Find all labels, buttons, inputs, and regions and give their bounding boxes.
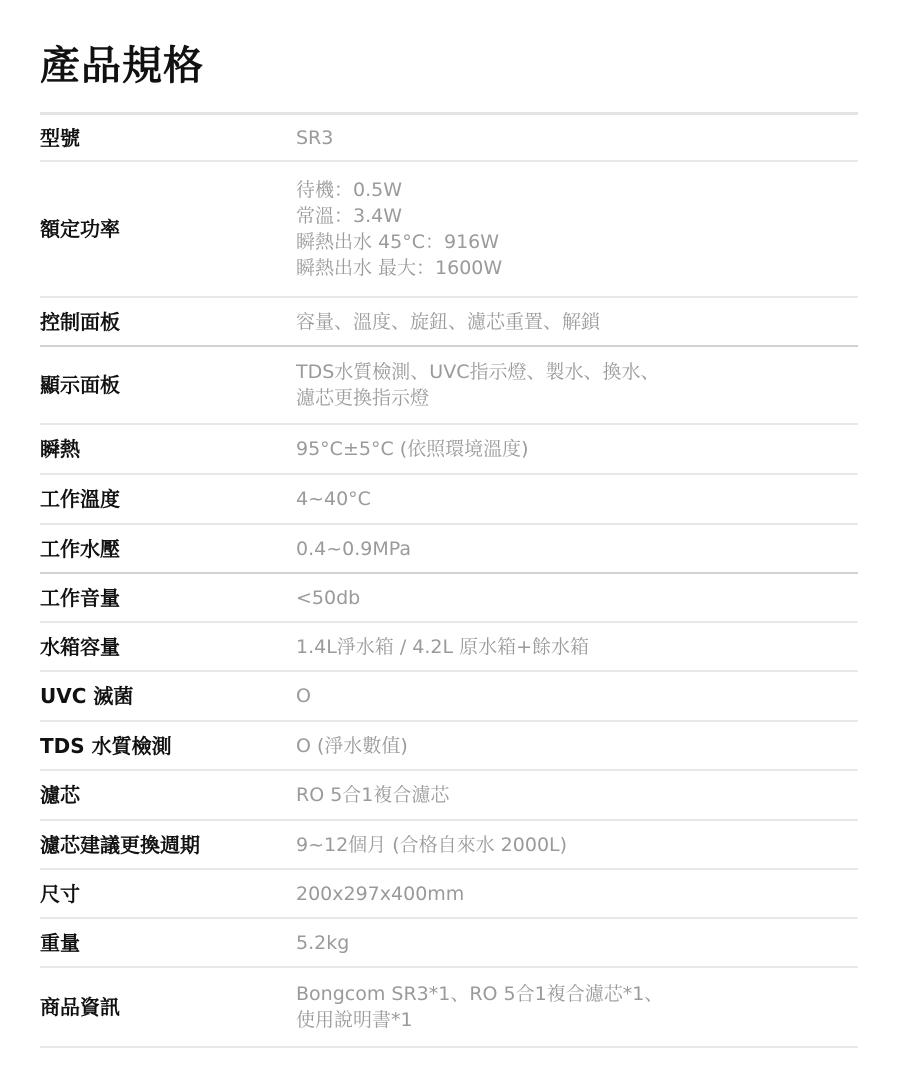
spec-value-line: 瞬熱出水 最大：1600W <box>296 255 858 281</box>
spec-value-line: Bongcom SR3*1、RO 5合1複合濾芯*1、 <box>296 981 858 1007</box>
spec-row: 額定功率待機：0.5W常溫：3.4W瞬熱出水 45°C：916W瞬熱出水 最大：… <box>40 162 858 298</box>
spec-row: 工作音量<50db <box>40 574 858 623</box>
spec-value: 1.4L淨水箱 / 4.2L 原水箱+餘水箱 <box>296 634 858 660</box>
page-title: 產品規格 <box>40 42 204 90</box>
spec-value: 95°C±5°C (依照環境溫度) <box>296 436 858 462</box>
spec-label: 重量 <box>40 930 296 956</box>
spec-value-line: O (淨水數值) <box>296 733 858 759</box>
spec-value-line: 容量、溫度、旋鈕、濾芯重置、解鎖 <box>296 309 858 335</box>
spec-value: 9~12個月 (合格自來水 2000L) <box>296 832 858 858</box>
spec-value: 5.2kg <box>296 930 858 956</box>
spec-value: Bongcom SR3*1、RO 5合1複合濾芯*1、使用說明書*1 <box>296 981 858 1033</box>
spec-value-line: 5.2kg <box>296 930 858 956</box>
spec-value-line: 待機：0.5W <box>296 177 858 203</box>
spec-value: 待機：0.5W常溫：3.4W瞬熱出水 45°C：916W瞬熱出水 最大：1600… <box>296 177 858 281</box>
spec-value-line: 0.4~0.9MPa <box>296 536 858 562</box>
spec-value-line: 9~12個月 (合格自來水 2000L) <box>296 832 858 858</box>
spec-value-line: 濾芯更換指示燈 <box>296 385 858 411</box>
spec-value: SR3 <box>296 125 858 151</box>
spec-row: 瞬熱95°C±5°C (依照環境溫度) <box>40 425 858 475</box>
spec-value: <50db <box>296 585 858 611</box>
spec-label: 型號 <box>40 125 296 151</box>
spec-value: 4~40°C <box>296 486 858 512</box>
spec-value: O <box>296 683 858 709</box>
spec-value: 200x297x400mm <box>296 881 858 907</box>
spec-label: UVC 滅菌 <box>40 683 296 709</box>
spec-value-line: <50db <box>296 585 858 611</box>
spec-label: 工作音量 <box>40 585 296 611</box>
spec-label: 尺寸 <box>40 881 296 907</box>
spec-value: O (淨水數值) <box>296 733 858 759</box>
spec-label: 工作水壓 <box>40 536 296 562</box>
spec-value: RO 5合1複合濾芯 <box>296 782 858 808</box>
spec-value-line: 使用說明書*1 <box>296 1007 858 1033</box>
spec-value: 容量、溫度、旋鈕、濾芯重置、解鎖 <box>296 309 858 335</box>
spec-label: 控制面板 <box>40 309 296 335</box>
spec-value: TDS水質檢測、UVC指示燈、製水、換水、濾芯更換指示燈 <box>296 359 858 411</box>
spec-value-line: 200x297x400mm <box>296 881 858 907</box>
spec-row: 商品資訊Bongcom SR3*1、RO 5合1複合濾芯*1、使用說明書*1 <box>40 968 858 1048</box>
spec-label: 濾芯建議更換週期 <box>40 832 296 858</box>
spec-value-line: 瞬熱出水 45°C：916W <box>296 229 858 255</box>
spec-value-line: 常溫：3.4W <box>296 203 858 229</box>
spec-label: 商品資訊 <box>40 994 296 1020</box>
spec-value-line: 95°C±5°C (依照環境溫度) <box>296 436 858 462</box>
spec-label: TDS 水質檢測 <box>40 733 296 759</box>
spec-row: 工作水壓0.4~0.9MPa <box>40 525 858 574</box>
spec-row: 濾芯RO 5合1複合濾芯 <box>40 771 858 821</box>
spec-label: 顯示面板 <box>40 372 296 398</box>
spec-value-line: 4~40°C <box>296 486 858 512</box>
spec-label: 濾芯 <box>40 782 296 808</box>
spec-row: 控制面板容量、溫度、旋鈕、濾芯重置、解鎖 <box>40 298 858 347</box>
spec-value-line: TDS水質檢測、UVC指示燈、製水、換水、 <box>296 359 858 385</box>
spec-value-line: RO 5合1複合濾芯 <box>296 782 858 808</box>
spec-label: 工作溫度 <box>40 486 296 512</box>
spec-row: 重量5.2kg <box>40 919 858 968</box>
spec-label: 瞬熱 <box>40 436 296 462</box>
spec-value-line: 1.4L淨水箱 / 4.2L 原水箱+餘水箱 <box>296 634 858 660</box>
spec-row: 顯示面板TDS水質檢測、UVC指示燈、製水、換水、濾芯更換指示燈 <box>40 347 858 425</box>
spec-row: 型號SR3 <box>40 115 858 162</box>
spec-label: 水箱容量 <box>40 634 296 660</box>
spec-value: 0.4~0.9MPa <box>296 536 858 562</box>
spec-row: 濾芯建議更換週期9~12個月 (合格自來水 2000L) <box>40 821 858 870</box>
spec-table: 型號SR3額定功率待機：0.5W常溫：3.4W瞬熱出水 45°C：916W瞬熱出… <box>40 112 858 1048</box>
spec-row: 水箱容量1.4L淨水箱 / 4.2L 原水箱+餘水箱 <box>40 623 858 672</box>
spec-row: 尺寸200x297x400mm <box>40 870 858 919</box>
spec-label: 額定功率 <box>40 216 296 242</box>
spec-value-line: O <box>296 683 858 709</box>
spec-value-line: SR3 <box>296 125 858 151</box>
spec-row: UVC 滅菌O <box>40 672 858 722</box>
spec-row: 工作溫度4~40°C <box>40 475 858 525</box>
spec-row: TDS 水質檢測O (淨水數值) <box>40 722 858 771</box>
